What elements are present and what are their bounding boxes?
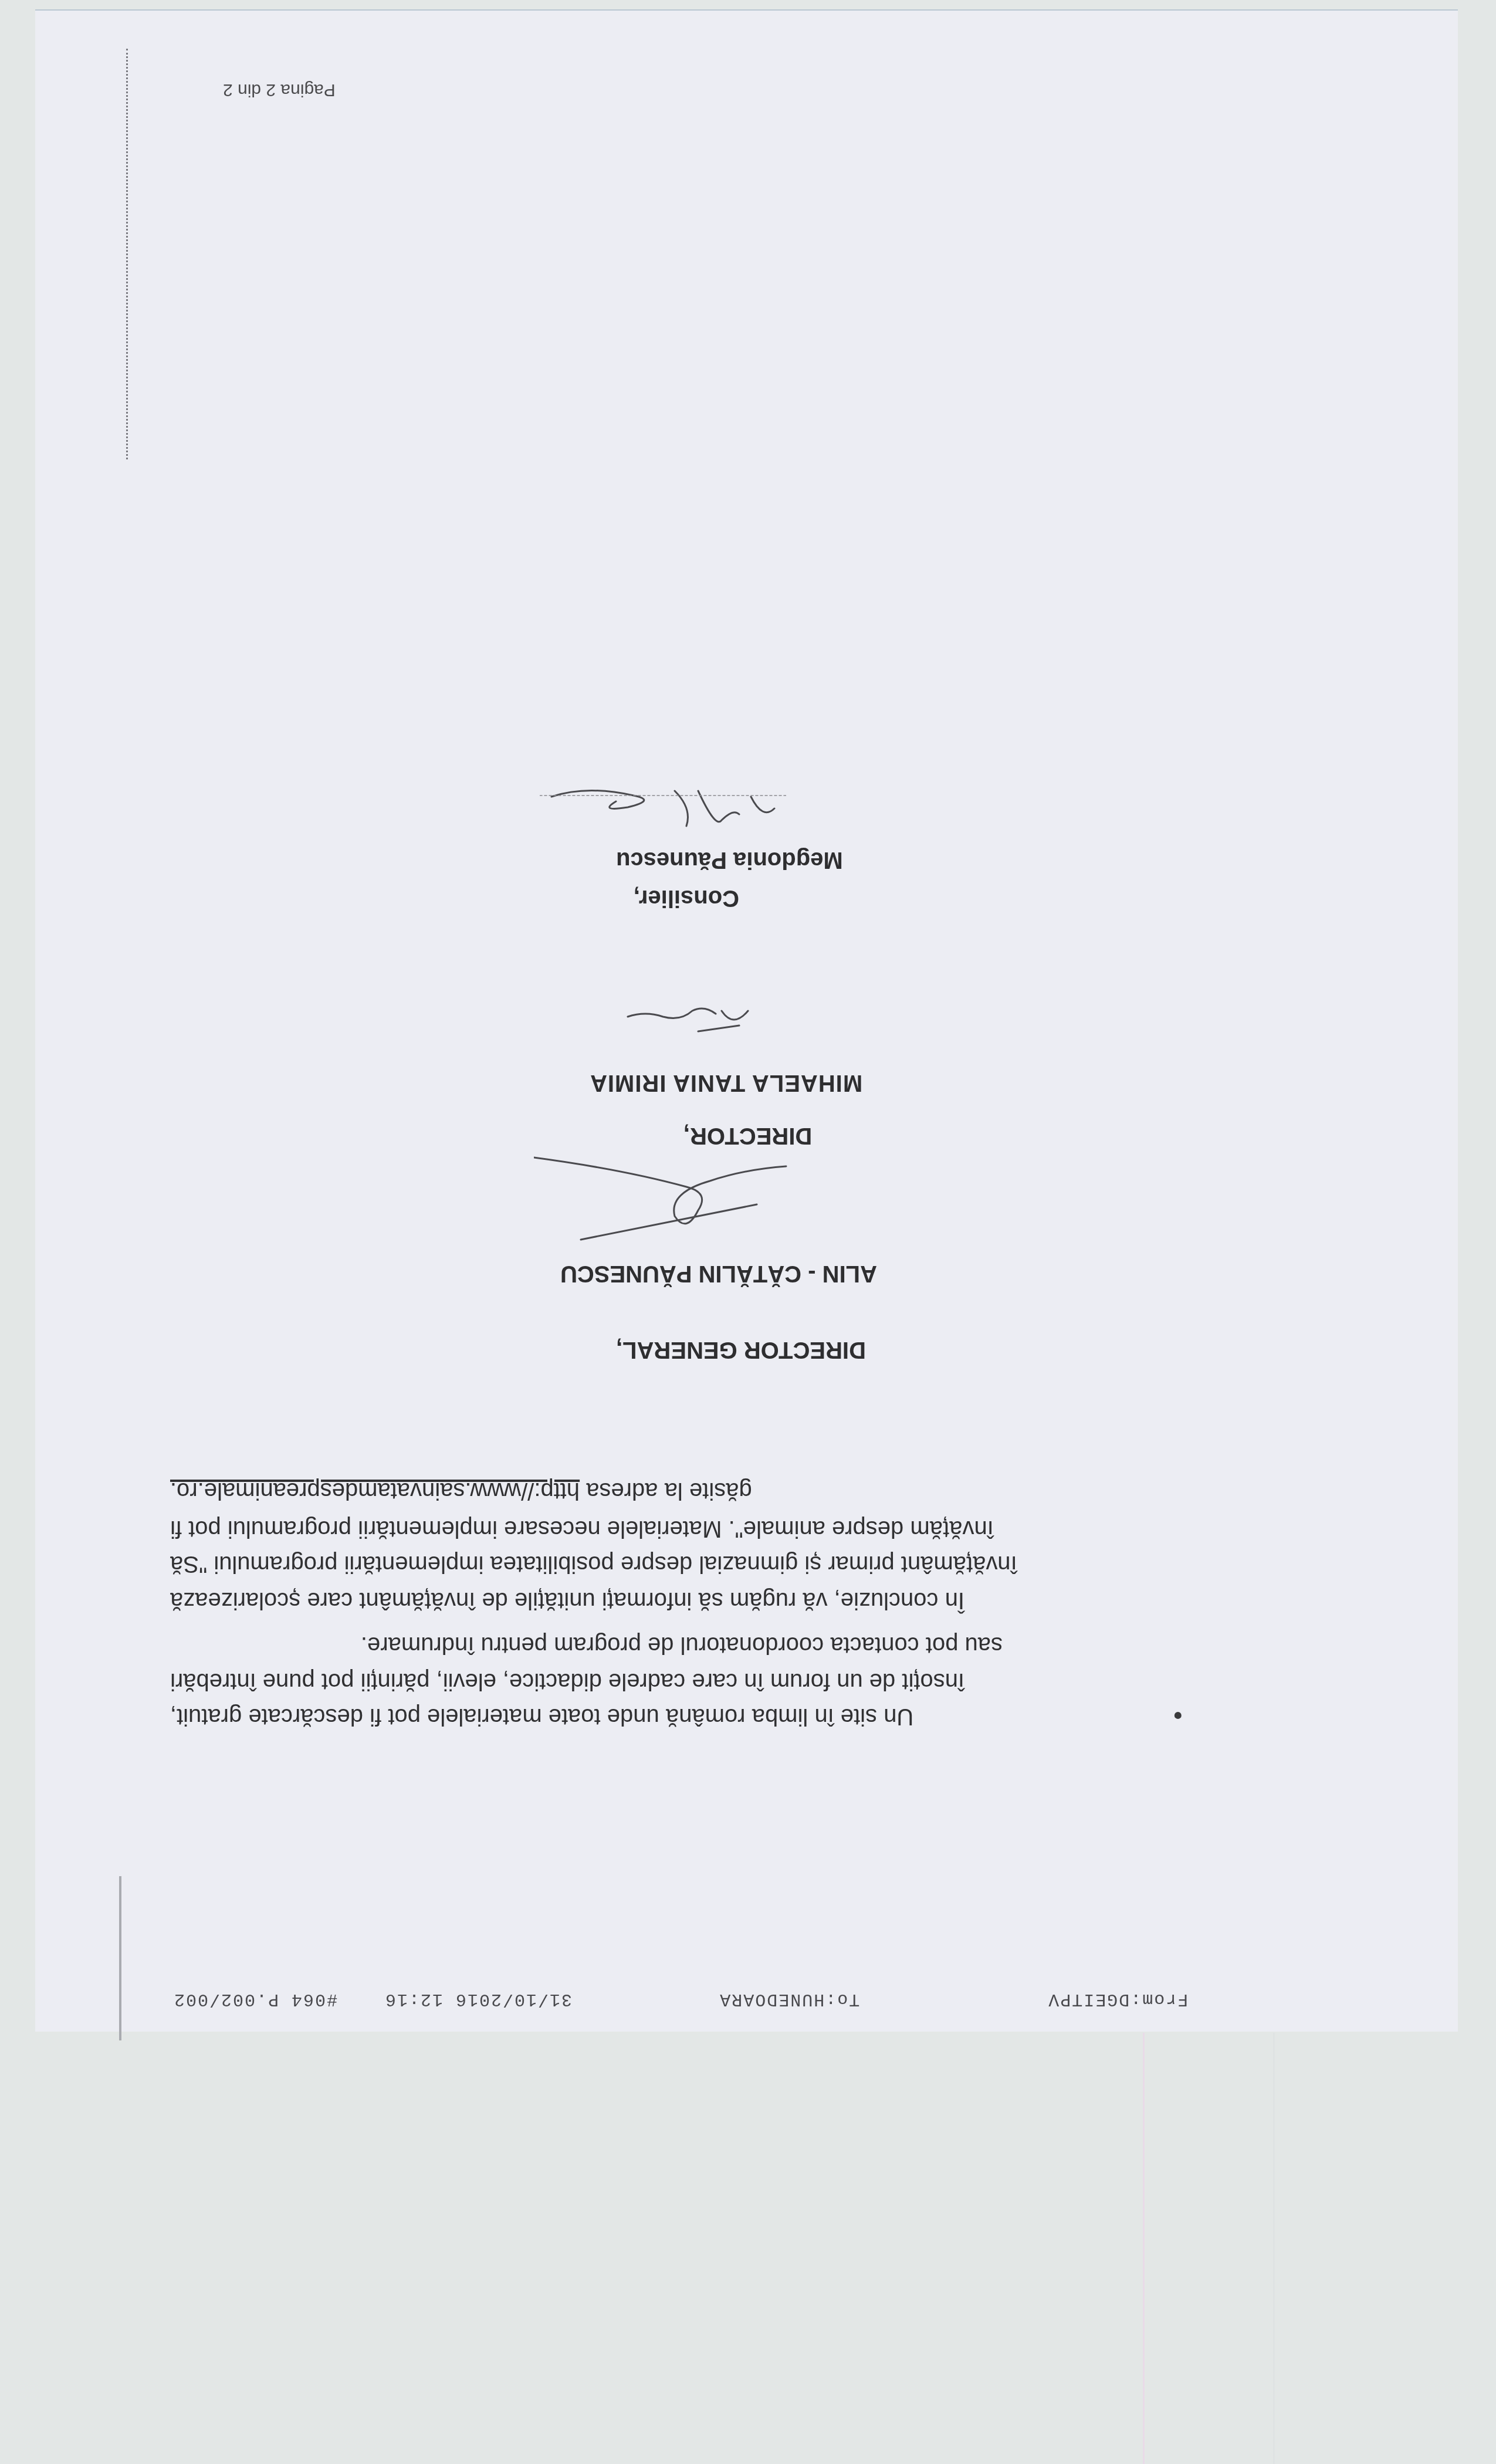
bullet-line-1: Un site în limba română unde toate mater… xyxy=(170,1703,913,1729)
bullet-line-3: sau pot contacta coordonatorul de progra… xyxy=(361,1632,1003,1658)
bullet-icon: • xyxy=(1173,1700,1182,1729)
conclusion-line-1: În concluzie, vă rugăm să informați unit… xyxy=(170,1587,964,1613)
signatory-title-consilier: Consilier, xyxy=(634,885,739,911)
page-number: Pagina 2 din 2 xyxy=(223,80,336,100)
signatory-title-director: DIRECTOR, xyxy=(683,1122,812,1149)
conclusion-line-3: învățăm despre animale". Materialele nec… xyxy=(170,1515,994,1542)
bullet-line-2: însoțit de un forum în care cadrele dida… xyxy=(170,1668,964,1694)
signatory-name-director-general: ALIN - CĂTĂLIN PĂUNESCU xyxy=(560,1260,877,1287)
signatory-title-director-general: DIRECTOR GENERAL, xyxy=(616,1336,866,1363)
scanner-artifact-stripe xyxy=(1143,2033,1145,2464)
signature-consilier xyxy=(540,773,786,838)
conclusion-line-2: învățământ primar și gimnazial despre po… xyxy=(170,1551,1017,1577)
signature-director xyxy=(622,987,763,1040)
signatory-name-consilier: Megdonia Păunescu xyxy=(616,847,843,873)
scanner-artifact-stripe xyxy=(1273,2033,1275,2464)
signatory-name-director: MIHAELA TANIA IRIMIA xyxy=(590,1069,862,1096)
scanned-page: Pagina 2 din 2 Megdonia Păunescu Consili… xyxy=(35,11,1458,2032)
signature-director-general xyxy=(534,1146,798,1257)
conclusion-line-4: găsite la adresa http://www.sainvatamdes… xyxy=(170,1477,752,1504)
fax-page-info: #064 P.002/002 xyxy=(173,1989,337,2009)
program-url-link[interactable]: http://www.sainvatamdespreanimale.ro. xyxy=(170,1478,580,1504)
fax-datetime: 31/10/2016 12:16 xyxy=(384,1989,572,2009)
margin-line xyxy=(126,49,128,459)
margin-line xyxy=(119,1876,121,2040)
fax-from: From:DGEITPV xyxy=(1047,1989,1188,2009)
fax-to: To:HUNEDOARA xyxy=(719,1989,859,2009)
fax-header: From:DGEITPV To:HUNEDOARA 31/10/2016 12:… xyxy=(173,1989,1188,2009)
